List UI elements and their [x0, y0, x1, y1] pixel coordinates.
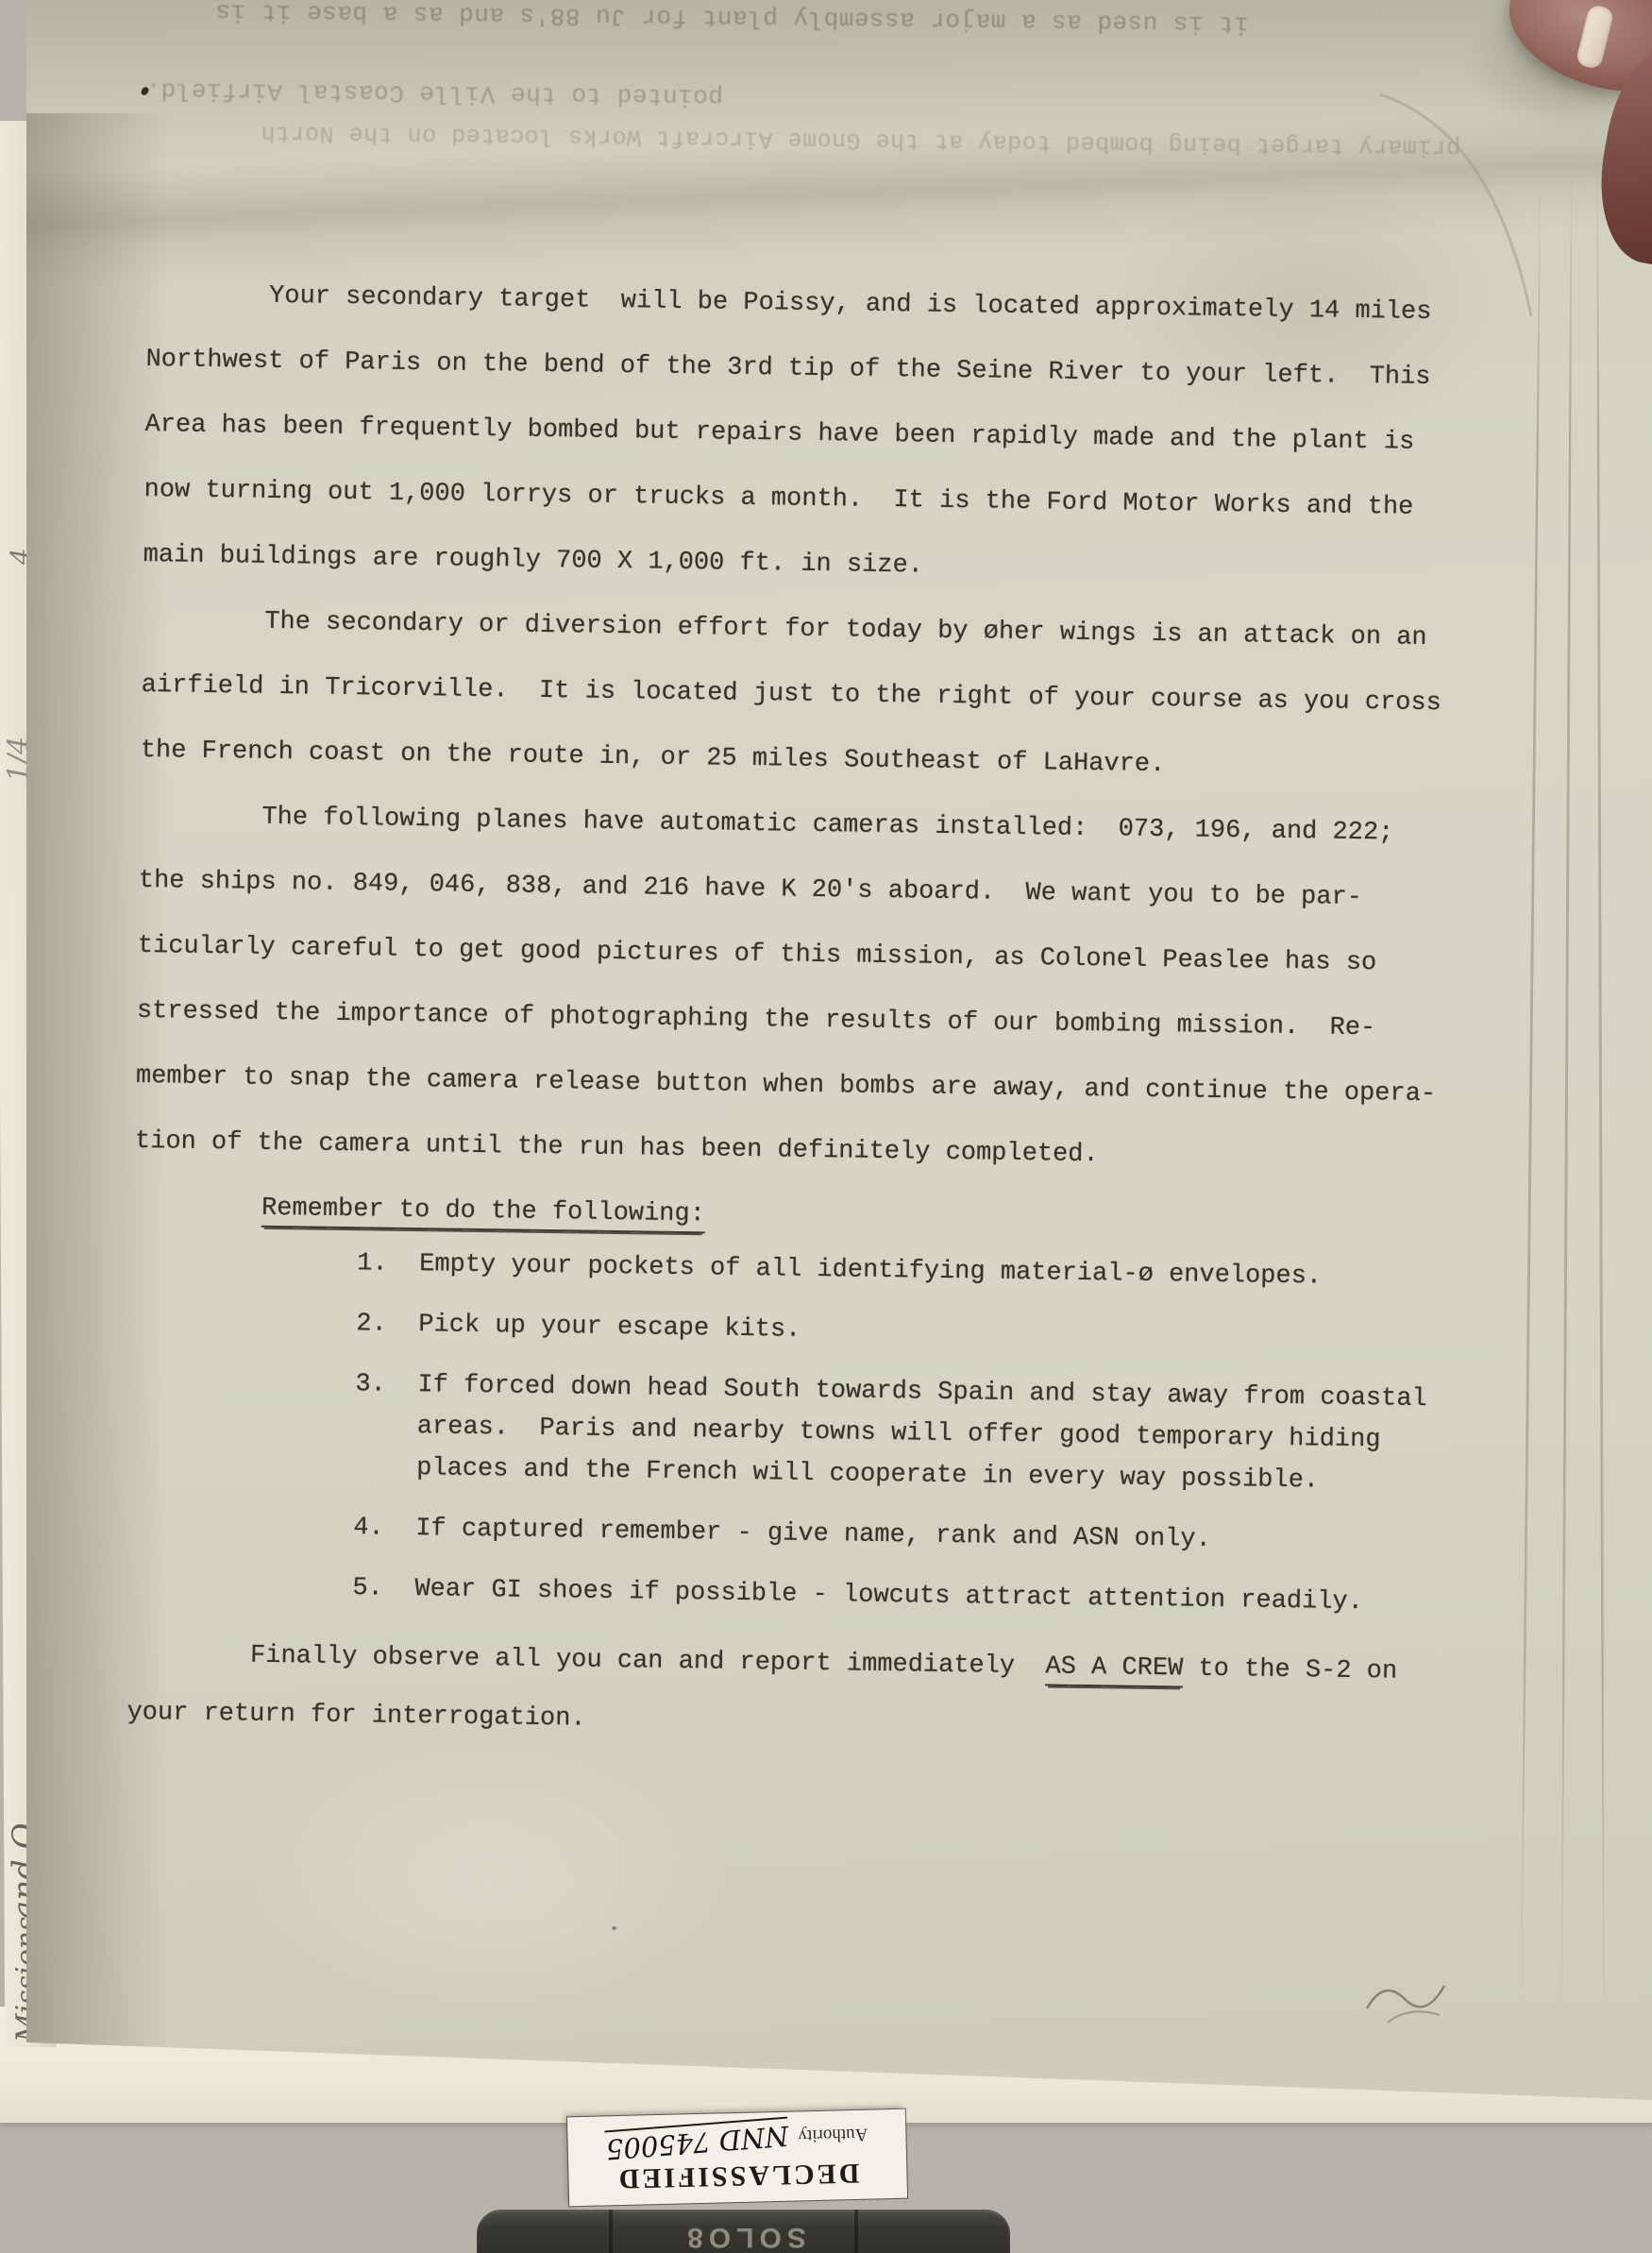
item-number: 5. [352, 1567, 415, 1610]
scanned-document-photo: 4 1/4 and O Missions it is used as a maj… [0, 0, 1652, 2253]
ink-speck [612, 1926, 616, 1930]
declassified-title: DECLASSIFIED [615, 2157, 859, 2194]
item-number: 4. [353, 1507, 416, 1550]
list-item: 3. If forced down head South towards Spa… [354, 1364, 1558, 1505]
underlined-heading-text: Remember to do the following: [261, 1194, 705, 1234]
authority-line: Authority NND 745005 [605, 2120, 868, 2161]
list-item: 5. Wear GI shoes if possible - lowcuts a… [352, 1567, 1554, 1626]
list-item: 2. Pick up your escape kits. [356, 1303, 1558, 1362]
declassified-stamp: DECLASSIFIED Authority NND 745005 [567, 2109, 907, 2207]
list-item: 4. If captured remember - give name, ran… [353, 1507, 1555, 1566]
text-line: Pick up your escape kits. [418, 1304, 801, 1351]
item-number: 3. [354, 1364, 418, 1489]
text-line: If captured remember - give name, rank a… [415, 1508, 1211, 1561]
device-seam [854, 2210, 858, 2253]
device-embossed-label: SOLO8 [682, 2221, 806, 2253]
typed-text-block: Your secondary target will be Poissy, an… [126, 263, 1573, 1762]
camera-remote-device: SOLO8 [477, 2210, 1010, 2253]
paragraph: The following planes have automatic came… [135, 784, 1566, 1194]
device-seam [609, 2210, 613, 2253]
page-stack-edge [1595, 132, 1605, 2068]
paper-highlight [244, 1737, 734, 2030]
closing-paragraph: Finally observe all you can and report i… [126, 1625, 1554, 1762]
closing-pre: Finally observe all you can and report i… [127, 1640, 1045, 1682]
as-a-crew-underlined: AS A CREW [1045, 1652, 1183, 1687]
pencil-scribble [1359, 1966, 1482, 2037]
item-number: 1. [357, 1243, 420, 1285]
checklist: 1. Empty your pockets of all identifying… [352, 1243, 1559, 1626]
document-page: it is used as a major assembly plant for… [26, 0, 1652, 2108]
authority-word: Authority [798, 2124, 868, 2146]
paragraph: Your secondary target will be Poissy, an… [143, 263, 1573, 608]
paragraph: The secondary or diversion effort for to… [140, 588, 1568, 804]
text-line: Wear GI shoes if possible - lowcuts attr… [414, 1568, 1363, 1623]
item-number: 2. [356, 1303, 419, 1346]
closing-post: to the S-2 on [1183, 1654, 1397, 1686]
